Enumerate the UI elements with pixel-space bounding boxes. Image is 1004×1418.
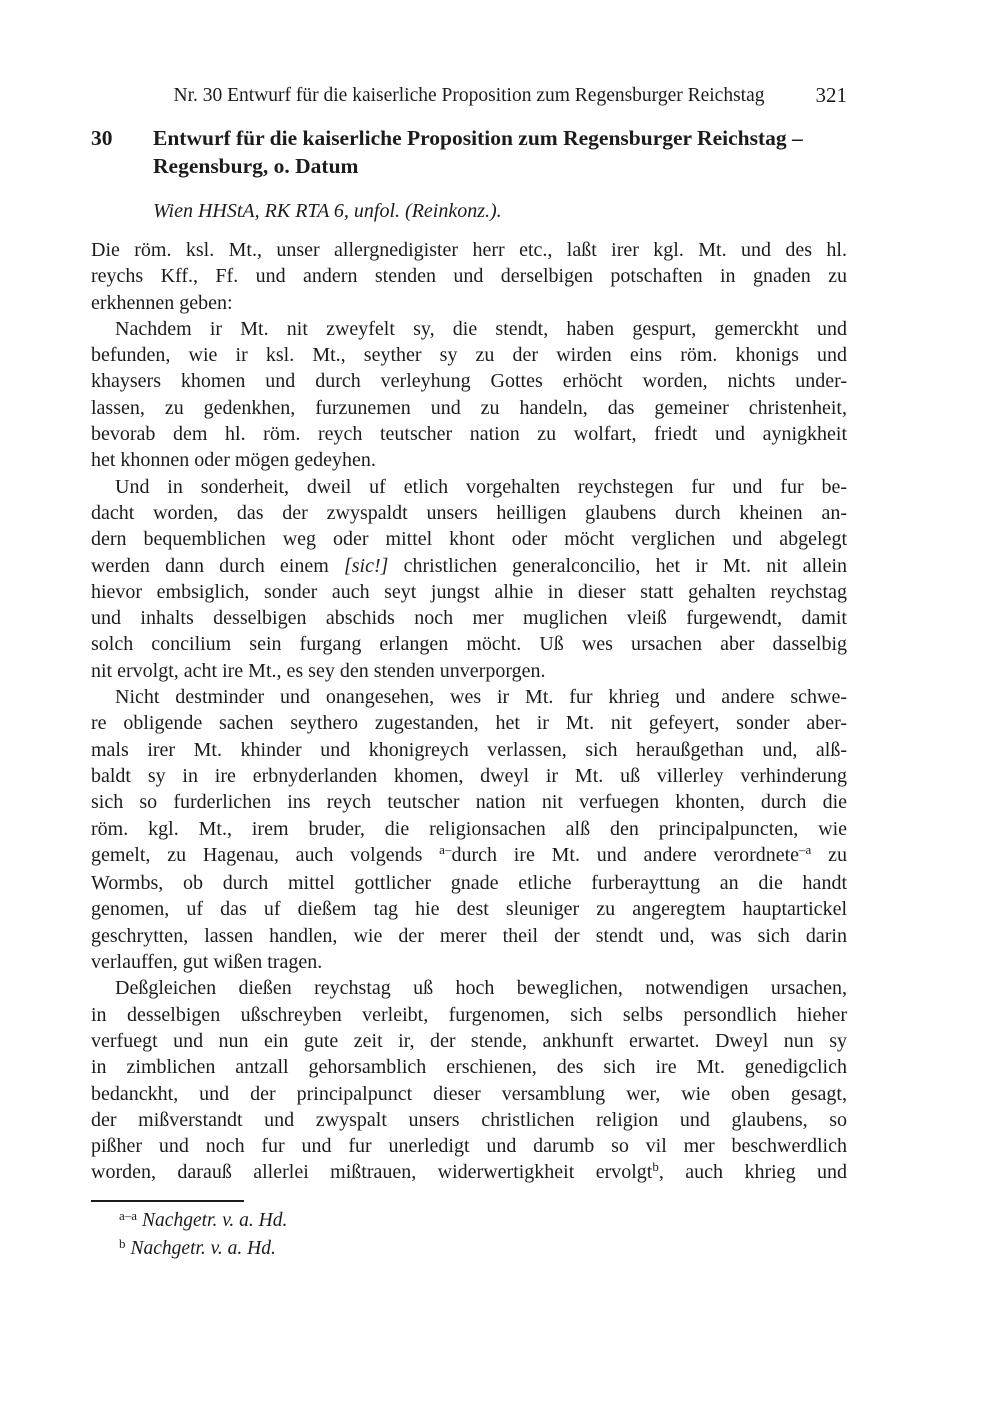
body-segment: Nicht destminder und onangesehen, wes ir… (115, 686, 847, 708)
body-segment: nit ervolgt, acht ire Mt., es sey den st… (91, 660, 546, 682)
body-line: erkhennen geben: (91, 290, 847, 316)
body-line: Nicht destminder und onangesehen, wes ir… (91, 684, 847, 710)
book-page: Nr. 30 Entwurf für die kaiserliche Propo… (0, 0, 1004, 1418)
body-segment: zu (811, 844, 847, 866)
body-segment: der mißverstandt und zwyspalt unsers chr… (91, 1109, 847, 1131)
body-line: genomen, uf das uf dießem tag hie dest s… (91, 896, 847, 922)
body-line: Deßgleichen dießen reychstag uß hoch bew… (91, 975, 847, 1001)
body-segment: re obligende sachen seythero zugestanden… (91, 712, 847, 734)
body-segment: Wormbs, ob durch mittel gottlicher gnade… (91, 872, 847, 894)
body-segment: befunden, wie ir ksl. Mt., seyther sy zu… (91, 344, 847, 366)
body-line: pißher und noch fur und fur unerledigt u… (91, 1133, 847, 1159)
body-line: worden, darauß allerlei mißtrauen, wider… (91, 1159, 847, 1187)
body-segment: dacht worden, das der zwyspaldt unsers h… (91, 502, 847, 524)
page-number: 321 (816, 83, 848, 107)
body-line: in desselbigen ußschreyben verleibt, fur… (91, 1002, 847, 1028)
body-line: dern bequemblichen weg oder mittel khont… (91, 526, 847, 552)
apparatus-marker: –a (799, 842, 811, 857)
body-line: khaysers khomen und durch verleyhung Got… (91, 368, 847, 394)
body-line: lassen, zu gedenkhen, furzunemen und zu … (91, 395, 847, 421)
body-segment: in zimblichen antzall gehorsamblich ersc… (91, 1056, 847, 1078)
footnote-rule (91, 1200, 244, 1202)
document-title-line1: Entwurf für die kaiserliche Proposition … (153, 126, 803, 150)
body-segment: [sic!] (344, 555, 388, 577)
body-segment: bevorab dem hl. röm. reych teutscher nat… (91, 423, 847, 445)
body-segment: verlauffen, gut wißen tragen. (91, 951, 322, 973)
body-line: geschrytten, lassen handlen, wie der mer… (91, 923, 847, 949)
body-line: bevorab dem hl. röm. reych teutscher nat… (91, 421, 847, 447)
footnote-text: Nachgetr. v. a. Hd. (131, 1238, 276, 1259)
body-line: re obligende sachen seythero zugestanden… (91, 710, 847, 736)
apparatus-marker: a– (439, 842, 451, 857)
body-segment: , auch khrieg und (659, 1161, 847, 1183)
body-line: Die röm. ksl. Mt., unser allergnedigiste… (91, 237, 847, 263)
apparatus-marker: b (652, 1159, 659, 1174)
footnote-text: Nachgetr. v. a. Hd. (142, 1210, 287, 1231)
body-segment: verfuegt und nun ein gute zeit ir, der s… (91, 1030, 847, 1052)
body-segment: hievor embsiglich, sonder auch seyt jung… (91, 581, 847, 603)
body-line: hievor embsiglich, sonder auch seyt jung… (91, 579, 847, 605)
body-segment: baldt sy in ire erbnyderlanden khomen, d… (91, 765, 847, 787)
body-segment: bedanckht, und der principalpunct dieser… (91, 1083, 847, 1105)
body-line: und inhalts desselbigen abschids noch me… (91, 605, 847, 631)
body-segment: röm. kgl. Mt., irem bruder, die religion… (91, 818, 847, 840)
body-segment: werden dann durch einem (91, 555, 344, 577)
footnote: bNachgetr. v. a. Hd. (91, 1235, 847, 1263)
body-line: verlauffen, gut wißen tragen. (91, 949, 847, 975)
body-segment: worden, darauß allerlei mißtrauen, wider… (91, 1161, 652, 1183)
body-line: werden dann durch einem [sic!] christlic… (91, 553, 847, 579)
body-segment: Deßgleichen dießen reychstag uß hoch bew… (115, 977, 847, 999)
running-title: Nr. 30 Entwurf für die kaiserliche Propo… (91, 84, 847, 108)
body-line: Und in sonderheit, dweil uf etlich vorge… (91, 474, 847, 500)
document-title-line2: Regensburg, o. Datum (153, 154, 358, 178)
body-line: het khonnen oder mögen gedeyhen. (91, 447, 847, 473)
document-title: Entwurf für die kaiserliche Proposition … (153, 124, 803, 180)
body-segment: Und in sonderheit, dweil uf etlich vorge… (115, 476, 847, 498)
footnote-marker: b (119, 1236, 126, 1251)
body-segment: reychs Kff., Ff. und andern stenden und … (91, 265, 847, 287)
body-segment: und inhalts desselbigen abschids noch me… (91, 607, 847, 629)
body-line: nit ervolgt, acht ire Mt., es sey den st… (91, 658, 847, 684)
body-segment: geschrytten, lassen handlen, wie der mer… (91, 925, 847, 947)
body-segment: lassen, zu gedenkhen, furzunemen und zu … (91, 397, 847, 419)
body-segment: solch concilium sein furgang erlangen mö… (91, 633, 847, 655)
body-segment: durch ire Mt. und andere verordnete (451, 844, 799, 866)
body-segment: sich so furderlichen ins reych teutscher… (91, 791, 847, 813)
body-line: reychs Kff., Ff. und andern stenden und … (91, 263, 847, 289)
body-segment: erkhennen geben: (91, 292, 233, 314)
body-line: befunden, wie ir ksl. Mt., seyther sy zu… (91, 342, 847, 368)
body-line: dacht worden, das der zwyspaldt unsers h… (91, 500, 847, 526)
footnote: a–aNachgetr. v. a. Hd. (91, 1207, 847, 1235)
body-segment: Nachdem ir Mt. nit zweyfelt sy, die sten… (115, 318, 847, 340)
body-segment: gemelt, zu Hagenau, auch volgends (91, 844, 439, 866)
body-text: Die röm. ksl. Mt., unser allergnedigiste… (91, 237, 847, 1188)
document-heading: 30 Entwurf für die kaiserliche Propositi… (91, 124, 847, 180)
footnote-list: a–aNachgetr. v. a. Hd.bNachgetr. v. a. H… (91, 1207, 847, 1263)
body-segment: dern bequemblichen weg oder mittel khont… (91, 528, 847, 550)
body-line: in zimblichen antzall gehorsamblich ersc… (91, 1054, 847, 1080)
body-line: sich so furderlichen ins reych teutscher… (91, 789, 847, 815)
body-line: Wormbs, ob durch mittel gottlicher gnade… (91, 870, 847, 896)
body-segment: het khonnen oder mögen gedeyhen. (91, 449, 376, 471)
body-line: gemelt, zu Hagenau, auch volgends a–durc… (91, 842, 847, 870)
body-line: bedanckht, und der principalpunct dieser… (91, 1081, 847, 1107)
body-segment: in desselbigen ußschreyben verleibt, fur… (91, 1004, 847, 1026)
body-line: der mißverstandt und zwyspalt unsers chr… (91, 1107, 847, 1133)
body-segment: christlichen generalconcilio, het ir Mt.… (388, 555, 847, 577)
running-header: Nr. 30 Entwurf für die kaiserliche Propo… (91, 84, 847, 110)
footnote-marker: a–a (119, 1208, 137, 1223)
text-block: Nr. 30 Entwurf für die kaiserliche Propo… (91, 84, 847, 1263)
body-segment: Die röm. ksl. Mt., unser allergnedigiste… (91, 239, 847, 261)
body-segment: khaysers khomen und durch verleyhung Got… (91, 370, 847, 392)
body-line: solch concilium sein furgang erlangen mö… (91, 631, 847, 657)
body-segment: pißher und noch fur und fur unerledigt u… (91, 1135, 847, 1157)
body-line: baldt sy in ire erbnyderlanden khomen, d… (91, 763, 847, 789)
body-line: röm. kgl. Mt., irem bruder, die religion… (91, 816, 847, 842)
archival-source-line: Wien HHStA, RK RTA 6, unfol. (Reinkonz.)… (153, 198, 847, 224)
body-line: mals irer Mt. khinder und khonigreych ve… (91, 737, 847, 763)
body-segment: genomen, uf das uf dießem tag hie dest s… (91, 898, 847, 920)
body-segment: mals irer Mt. khinder und khonigreych ve… (91, 739, 847, 761)
body-line: Nachdem ir Mt. nit zweyfelt sy, die sten… (91, 316, 847, 342)
document-number: 30 (91, 124, 153, 180)
body-line: verfuegt und nun ein gute zeit ir, der s… (91, 1028, 847, 1054)
footnotes-section: a–aNachgetr. v. a. Hd.bNachgetr. v. a. H… (91, 1200, 847, 1263)
